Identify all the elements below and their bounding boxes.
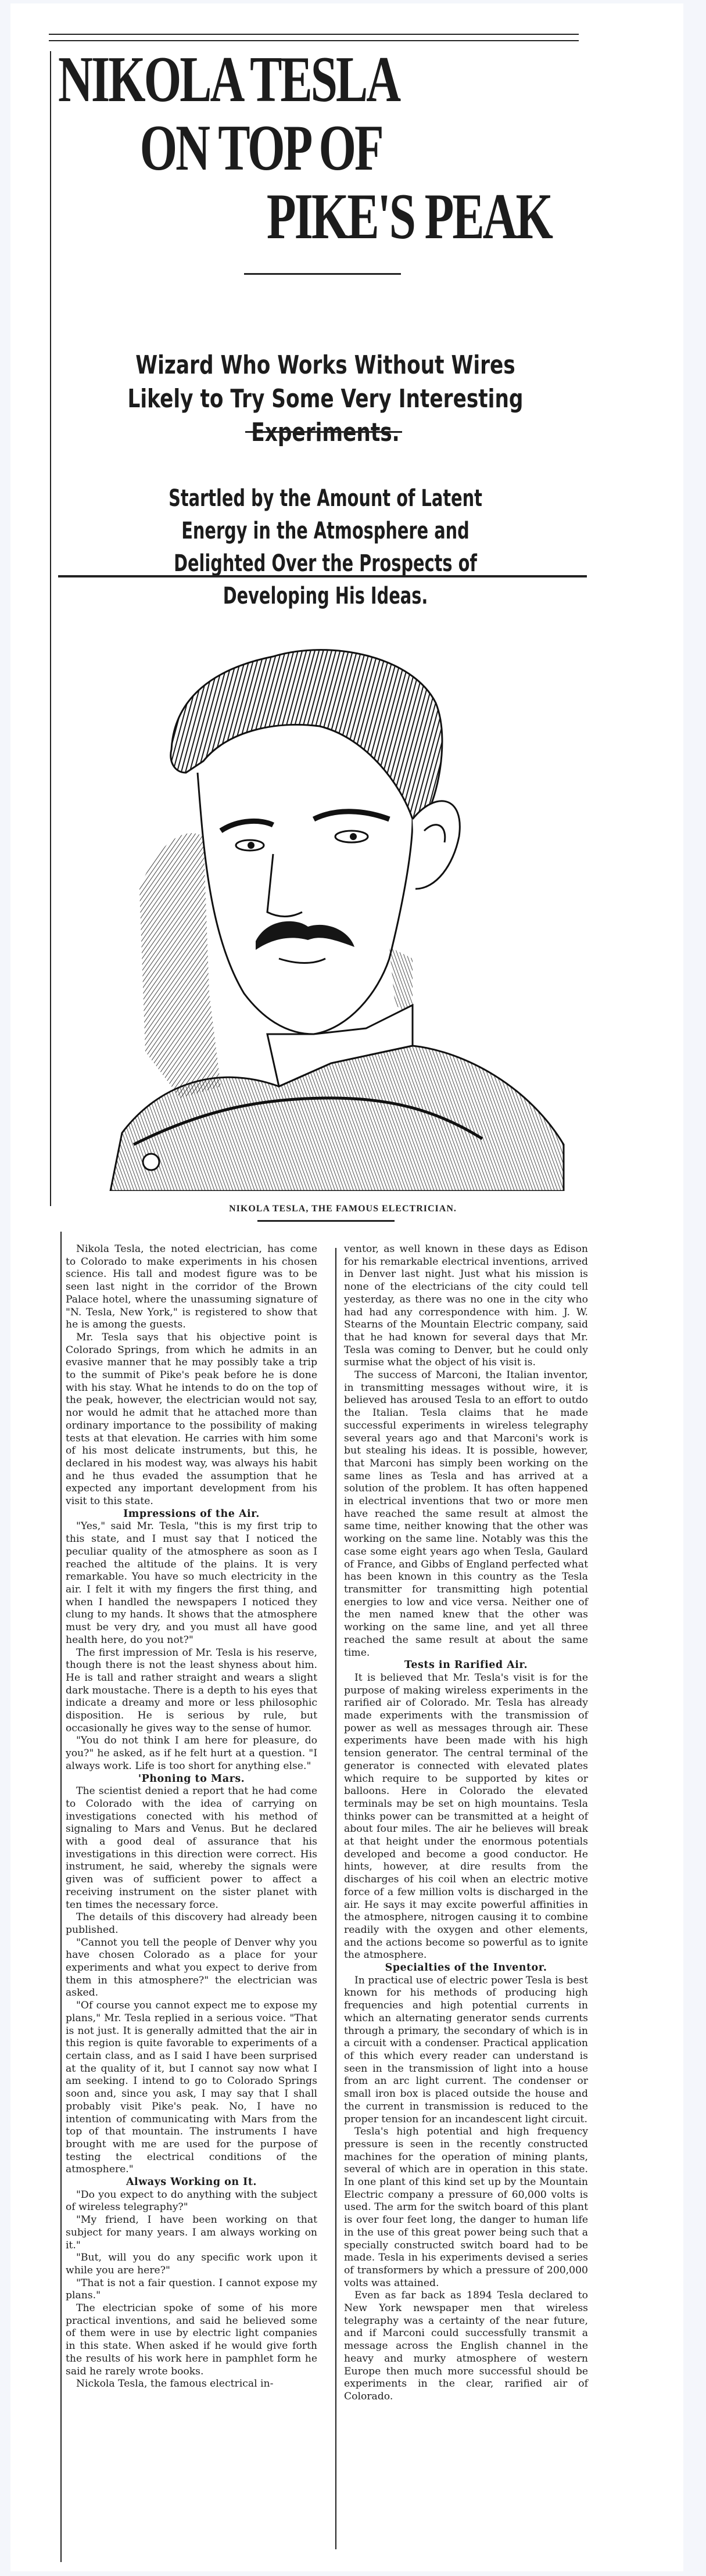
deck-primary: Wizard Who Works Without Wires Likely to… [117, 349, 534, 450]
divider-rule [245, 431, 402, 433]
paragraph: The scientist denied a report that he ha… [66, 1785, 317, 1911]
paragraph: Mr. Tesla says that his objective point … [66, 1332, 317, 1508]
paragraph: "But, will you do any specific work upon… [66, 2252, 317, 2277]
paragraph: "Cannot you tell the people of Denver wh… [66, 1937, 317, 2000]
paragraph: The electrician spoke of some of his mor… [66, 2302, 317, 2378]
paragraph: "Yes," said Mr. Tesla, "this is my first… [66, 1520, 317, 1646]
subhead-phoning-mars: 'Phoning to Mars. [66, 1773, 317, 1786]
paragraph: "Of course you cannot expect me to expos… [66, 2000, 317, 2176]
paragraph: It is believed that Mr. Tesla's visit is… [344, 1672, 588, 1962]
paragraph: The success of Marconi, the Italian inve… [344, 1369, 588, 1659]
section-rule [58, 575, 587, 577]
subhead-rarified-air: Tests in Rarified Air. [344, 1659, 588, 1672]
paragraph: "You do not think I am here for pleasure… [66, 1735, 317, 1773]
portrait-illustration [87, 587, 581, 1191]
column-rule-left [50, 51, 51, 1206]
paragraph: In practical use of electric power Tesla… [344, 1975, 588, 2126]
paragraph: "My friend, I have been working on that … [66, 2214, 317, 2252]
subhead-impressions: Impressions of the Air. [66, 1508, 317, 1521]
paragraph: "That is not a fair question. I cannot e… [66, 2277, 317, 2302]
article-column-right: ventor, as well known in these days as E… [344, 1243, 588, 2403]
subhead-always-working: Always Working on It. [66, 2176, 317, 2189]
headline-line-3: PIKE'S PEAK [58, 182, 445, 251]
column-rule-outer [60, 1232, 62, 2562]
paragraph: Nickola Tesla, the famous electrical in- [66, 2378, 317, 2391]
newspaper-clipping: NIKOLA TESLA ON TOP OF PIKE'S PEAK Wizar… [0, 0, 706, 2576]
illustration-caption: NIKOLA TESLA, THE FAMOUS ELECTRICIAN. [198, 1204, 488, 1214]
caption-underline [257, 1220, 395, 1222]
paragraph-continued: ventor, as well known in these days as E… [344, 1243, 588, 1369]
paragraph: Even as far back as 1894 Tesla declared … [344, 2290, 588, 2403]
subhead-specialties: Specialties of the Inventor. [344, 1962, 588, 1975]
top-double-rule [49, 34, 579, 41]
paragraph: Nikola Tesla, the noted electrician, has… [66, 1243, 317, 1332]
paragraph: "Do you expect to do anything with the s… [66, 2189, 317, 2214]
headline-line-1: NIKOLA TESLA [58, 45, 445, 114]
headline: NIKOLA TESLA ON TOP OF PIKE'S PEAK [58, 45, 445, 251]
paragraph: The first impression of Mr. Tesla is his… [66, 1647, 317, 1735]
column-rule-center [335, 1248, 336, 2549]
article-column-left: Nikola Tesla, the noted electrician, has… [66, 1243, 317, 2391]
divider-rule [244, 273, 401, 275]
paragraph: The details of this discovery had alread… [66, 1911, 317, 1936]
headline-line-2: ON TOP OF [58, 114, 445, 182]
paragraph: Tesla's high potential and high frequenc… [344, 2126, 588, 2290]
